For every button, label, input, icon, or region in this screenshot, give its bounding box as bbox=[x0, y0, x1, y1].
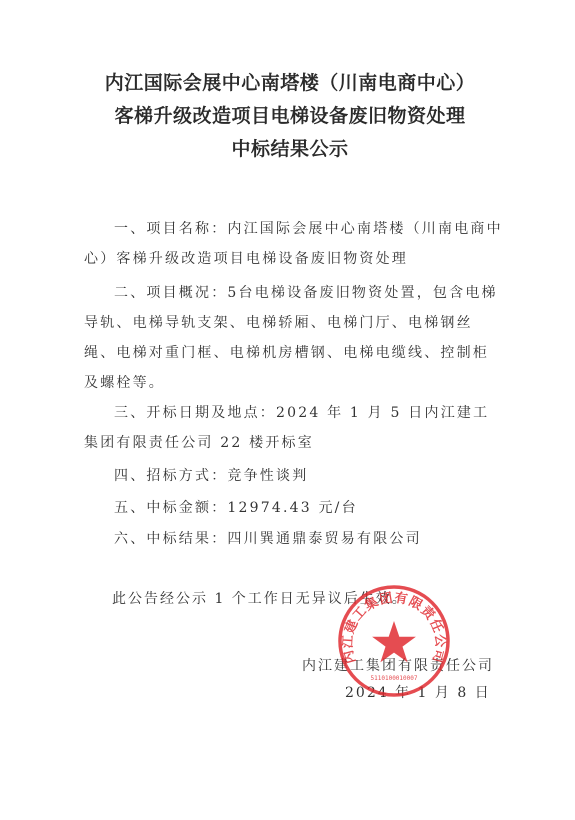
section-label: 四、招标方式： bbox=[114, 468, 227, 484]
section-label: 一、项目名称： bbox=[114, 221, 227, 237]
section-bid-result: 六、中标结果：四川巽通鼎泰贸易有限公司 bbox=[84, 524, 504, 554]
section-text: 12974.43 元/台 bbox=[227, 500, 357, 516]
document-page: 内江国际会展中心南塔楼（川南电商中心） 客梯升级改造项目电梯设备废旧物资处理 中… bbox=[0, 0, 575, 820]
section-label: 六、中标结果： bbox=[114, 531, 227, 547]
section-bidding-method: 四、招标方式：竞争性谈判 bbox=[84, 461, 504, 491]
section-bid-amount: 五、中标金额：12974.43 元/台 bbox=[84, 493, 504, 523]
section-bid-opening: 三、开标日期及地点：2024 年 1 月 5 日内江建工集团有限责任公司 22 … bbox=[84, 398, 504, 458]
section-label: 二、项目概况： bbox=[114, 285, 227, 301]
svg-text:5110100010007: 5110100010007 bbox=[371, 675, 418, 682]
section-project-overview: 二、项目概况：5台电梯设备废旧物资处置，包含电梯导轨、电梯导轨支架、电梯轿厢、电… bbox=[84, 278, 504, 398]
document-title-line-1: 内江国际会展中心南塔楼（川南电商中心） bbox=[60, 66, 520, 100]
star-icon bbox=[372, 621, 416, 662]
section-label: 五、中标金额： bbox=[114, 500, 227, 516]
section-text: 四川巽通鼎泰贸易有限公司 bbox=[227, 531, 421, 547]
document-title-line-2: 客梯升级改造项目电梯设备废旧物资处理 bbox=[60, 99, 520, 133]
section-label: 三、开标日期及地点： bbox=[114, 405, 276, 421]
company-seal: 内江建工集团有限责任公司 5110100010007 bbox=[337, 584, 451, 698]
document-title-line-3: 中标结果公示 bbox=[60, 132, 520, 166]
section-project-name: 一、项目名称：内江国际会展中心南塔楼（川南电商中心）客梯升级改造项目电梯设备废旧… bbox=[84, 214, 504, 274]
section-text: 竞争性谈判 bbox=[227, 468, 308, 484]
